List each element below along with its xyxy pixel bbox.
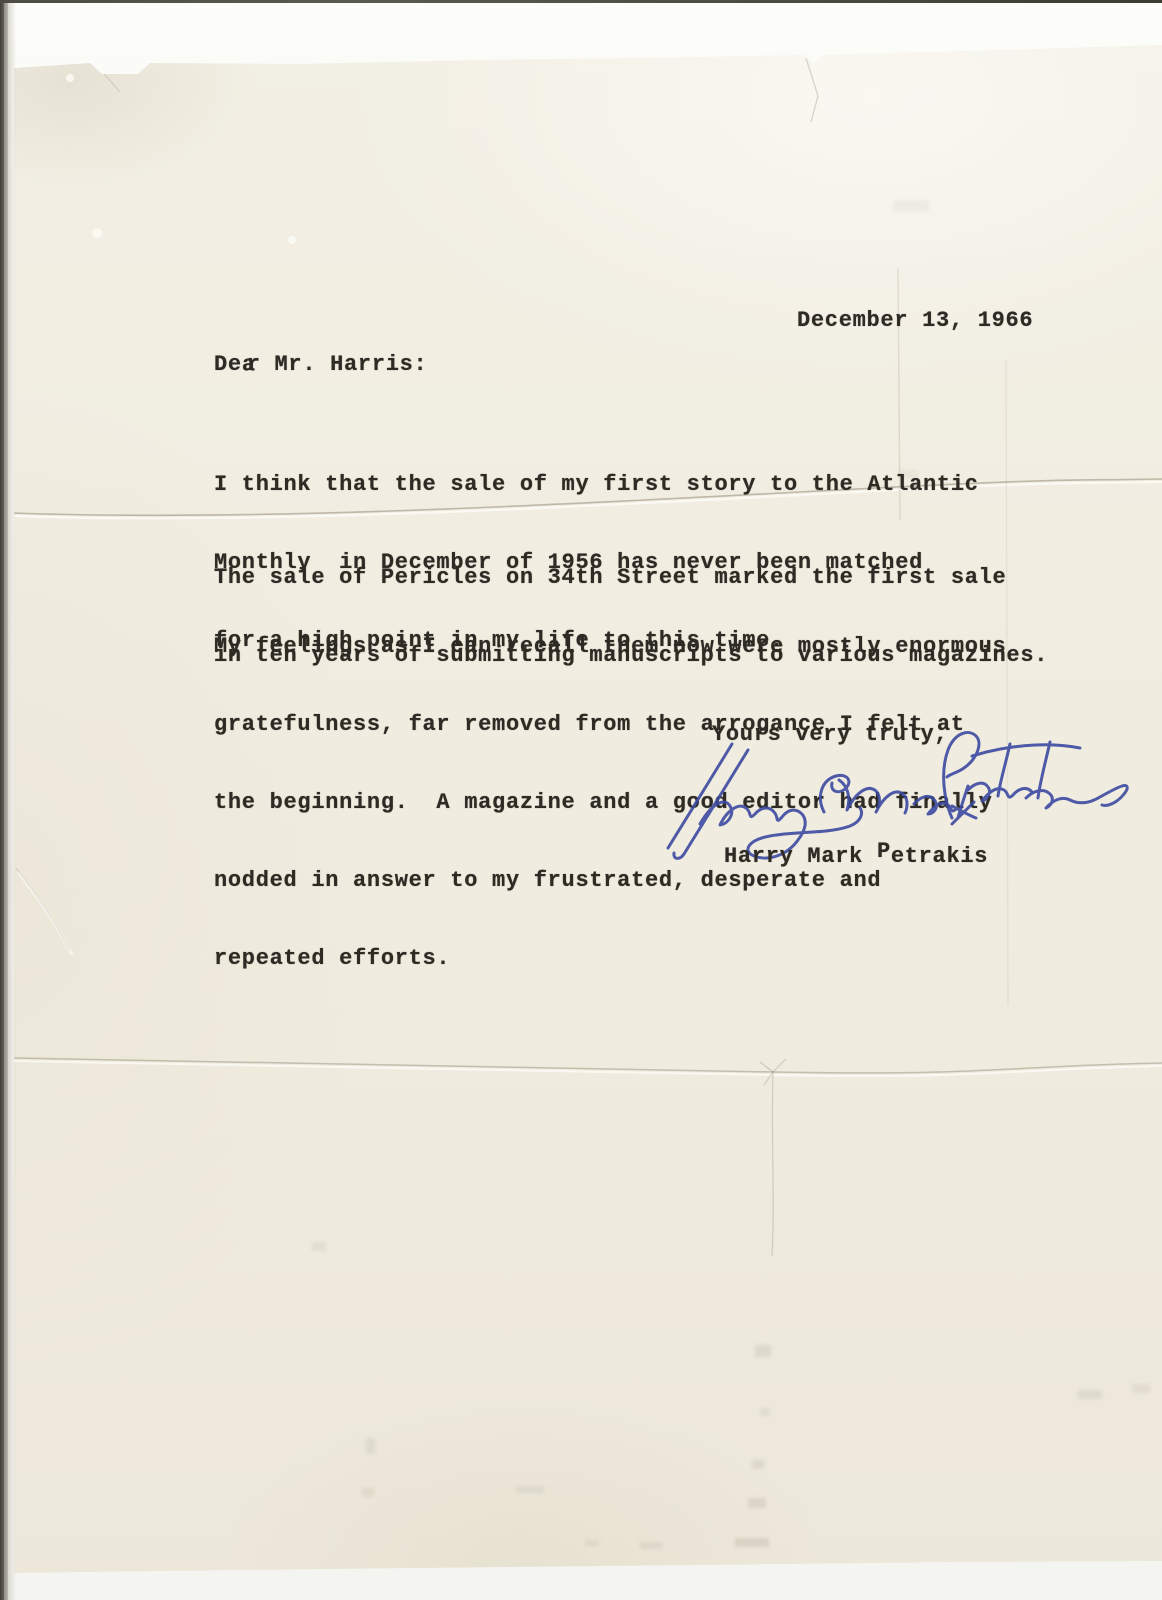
typed-signature-name: Harry Mark Petrakis	[724, 844, 988, 870]
salutation: Dear Mr. Harris:	[214, 352, 427, 378]
fold-pinch-mark	[760, 1059, 786, 1256]
scanner-edge-dark	[0, 0, 4, 1600]
paper-dents	[66, 74, 296, 244]
raised-capital: P	[877, 839, 891, 864]
paragraph-line: My feelings as I can recall them now wer…	[214, 634, 1006, 660]
paragraph-line: repeated efforts.	[214, 946, 1006, 972]
letter-paper: December 13, 1966 Dear Mr. Harris: I thi…	[0, 0, 1162, 1600]
scanner-edge-top	[0, 0, 1162, 3]
date-line: December 13, 1966	[797, 308, 1033, 334]
scanner-edge-gray	[4, 0, 8, 1600]
paragraph-line: I think that the sale of my first story …	[214, 472, 979, 498]
scanner-edge-light	[8, 0, 16, 1600]
edge-wrinkle	[18, 872, 72, 955]
overstruck-character: a	[242, 353, 256, 379]
scanned-letter-page: December 13, 1966 Dear Mr. Harris: I thi…	[0, 0, 1162, 1600]
top-edge-nick	[806, 58, 818, 122]
